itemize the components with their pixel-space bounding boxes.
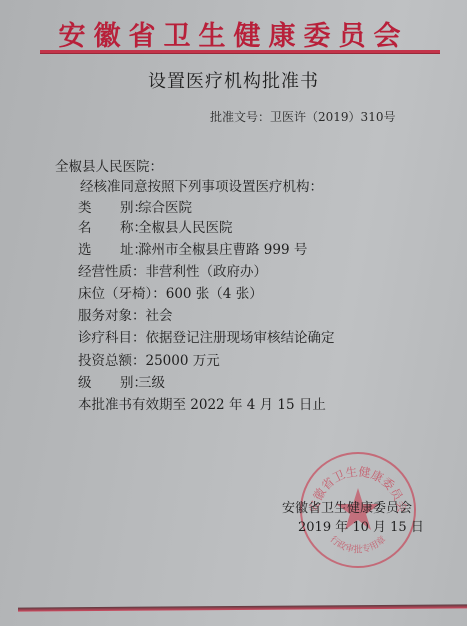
field-beds: 床位（牙椅）：600 张（4 张）: [78, 282, 263, 302]
field-value: 依据登记注册现场审核结论确定: [146, 330, 335, 346]
field-service-target: 服务对象：社会: [78, 304, 173, 324]
field-label: 服务对象：: [78, 304, 146, 324]
field-label: 类别：: [78, 196, 138, 216]
field-label: 选址：: [78, 238, 138, 258]
field-label: 投资总额：: [78, 349, 146, 369]
field-value: 600 张（4 张）: [166, 286, 263, 302]
field-value: 全椒县人民医院: [138, 220, 233, 236]
issuer-header: 安徽省卫生健康委员会: [0, 14, 467, 53]
field-label: 床位（牙椅）：: [78, 282, 166, 302]
field-value: 社会: [146, 308, 173, 324]
field-address: 选址：滁州市全椒县庄曹路 999 号: [78, 238, 307, 258]
field-level: 级别：三级: [78, 371, 165, 391]
field-label: 名称：: [78, 216, 138, 236]
field-value: 综合医院: [138, 200, 192, 216]
field-label: 级别：: [78, 371, 138, 391]
field-investment: 投资总额：25000 万元: [78, 349, 220, 369]
signature-date: 2019 年 10 月 15 日: [298, 516, 424, 535]
field-value: 三级: [138, 375, 165, 391]
field-name: 名称：全椒县人民医院: [78, 216, 233, 236]
footer-divider: [18, 604, 467, 611]
document-number: 批准文号：卫医许（2019）310号: [210, 108, 395, 125]
field-value: 25000 万元: [146, 353, 220, 369]
document-number-value: 卫医许（2019）310号: [270, 110, 395, 124]
field-value: 滁州市全椒县庄曹路 999 号: [138, 242, 307, 258]
intro-text: 经核准同意按照下列事项设置医疗机构：: [80, 175, 323, 195]
field-label: 诊疗科目：: [78, 326, 146, 346]
addressee: 全椒县人民医院：: [55, 155, 163, 175]
validity-statement: 本批准书有效期至 2022 年 4 月 15 日止: [78, 393, 326, 413]
approval-document: 安徽省卫生健康委员会 设置医疗机构批准书 批准文号：卫医许（2019）310号 …: [0, 0, 467, 626]
field-nature: 经营性质：非营利性（政府办）: [78, 260, 267, 280]
header-divider: [40, 50, 440, 54]
field-label: 经营性质：: [78, 260, 146, 280]
svg-text:行政审批专用章: 行政审批专用章: [328, 533, 389, 555]
document-number-label: 批准文号：: [210, 110, 270, 124]
field-value: 非营利性（政府办）: [146, 264, 268, 280]
document-title: 设置医疗机构批准书: [0, 67, 467, 93]
signature-organization: 安徽省卫生健康委员会: [282, 497, 412, 516]
field-category: 类别：综合医院: [78, 196, 192, 216]
field-departments: 诊疗科目：依据登记注册现场审核结论确定: [78, 326, 335, 346]
